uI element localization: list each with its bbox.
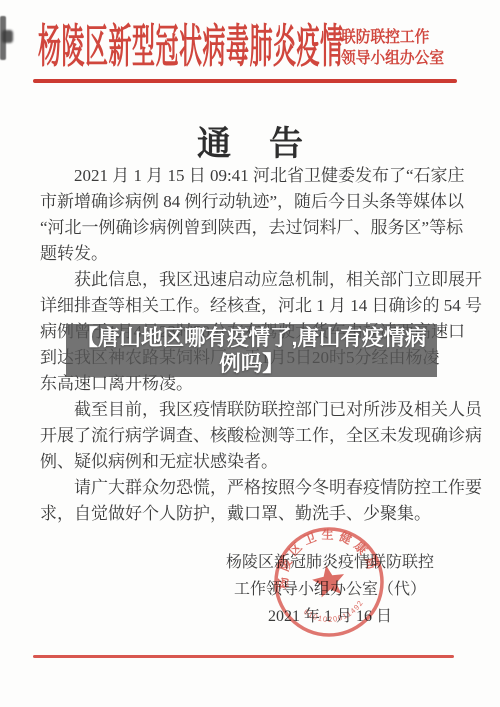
- notice-body-line: 详细排查等相关工作。经核查，河北 1 月 14 日确诊的 54 号: [40, 293, 462, 319]
- notice-body-line: 市新增确诊病例 84 例行动轨迹”，随后今日头条等媒体以: [40, 189, 462, 215]
- caption-overlay: 【唐山地区哪有疫情了,唐山有疫情病 例吗】: [66, 324, 437, 377]
- official-seal: 杨陵区卫生健康局 6101020011492: [259, 512, 398, 651]
- bottom-rule: [33, 655, 454, 658]
- notice-body-line: 题转发。: [40, 241, 462, 267]
- seal-serial-number: 6101020011492: [301, 597, 368, 629]
- letterhead-subtitle-line2: 领导小组办公室: [341, 48, 451, 69]
- caption-overlay-line2: 例吗】: [219, 351, 284, 377]
- notice-body-line: 请广大群众勿恐慌，严格按照今冬明春疫情防控工作要: [40, 475, 462, 501]
- notice-body-line: 例、疑似病例和无症状感染者。: [40, 449, 462, 475]
- notice-body-line: 获此信息，我区迅速启动应急机制，相关部门立即展开: [40, 267, 462, 293]
- letterhead-subtitle-line1: 联防联控工作: [341, 27, 451, 48]
- letterhead-divider-rule: [33, 79, 457, 83]
- notice-body-line: “河北一例确诊病例曾到陕西，去过饲料厂、服务区”等标: [40, 215, 462, 241]
- letterhead-org-title: 杨陵区新型冠状病毒肺炎疫情: [38, 24, 344, 70]
- notice-body-line: 截至目前，我区疫情联防联控部门已对所涉及相关人员: [40, 397, 462, 423]
- notice-body-line: 2021 月 1 月 15 日 09:41 河北省卫健委发布了“石家庄: [40, 163, 462, 189]
- scanned-notice-page: 杨陵区新型冠状病毒肺炎疫情 联防联控工作 领导小组办公室 通 告 2021 月 …: [0, 0, 500, 707]
- notice-body-line: 开展了流行病学调查、核酸检测等工作，全区未发现确诊病: [40, 423, 462, 449]
- notice-title: 通 告: [40, 116, 462, 165]
- scan-artifact-blob: [2, 30, 13, 43]
- caption-overlay-line1: 【唐山地区哪有疫情了,唐山有疫情病: [77, 325, 427, 351]
- seal-star-icon: [310, 562, 347, 598]
- notice-body-line: 求，自觉做好个人防护，戴口罩、勤洗手、少聚集。: [40, 501, 462, 527]
- letterhead-org-subtitle: 联防联控工作 领导小组办公室: [341, 27, 451, 69]
